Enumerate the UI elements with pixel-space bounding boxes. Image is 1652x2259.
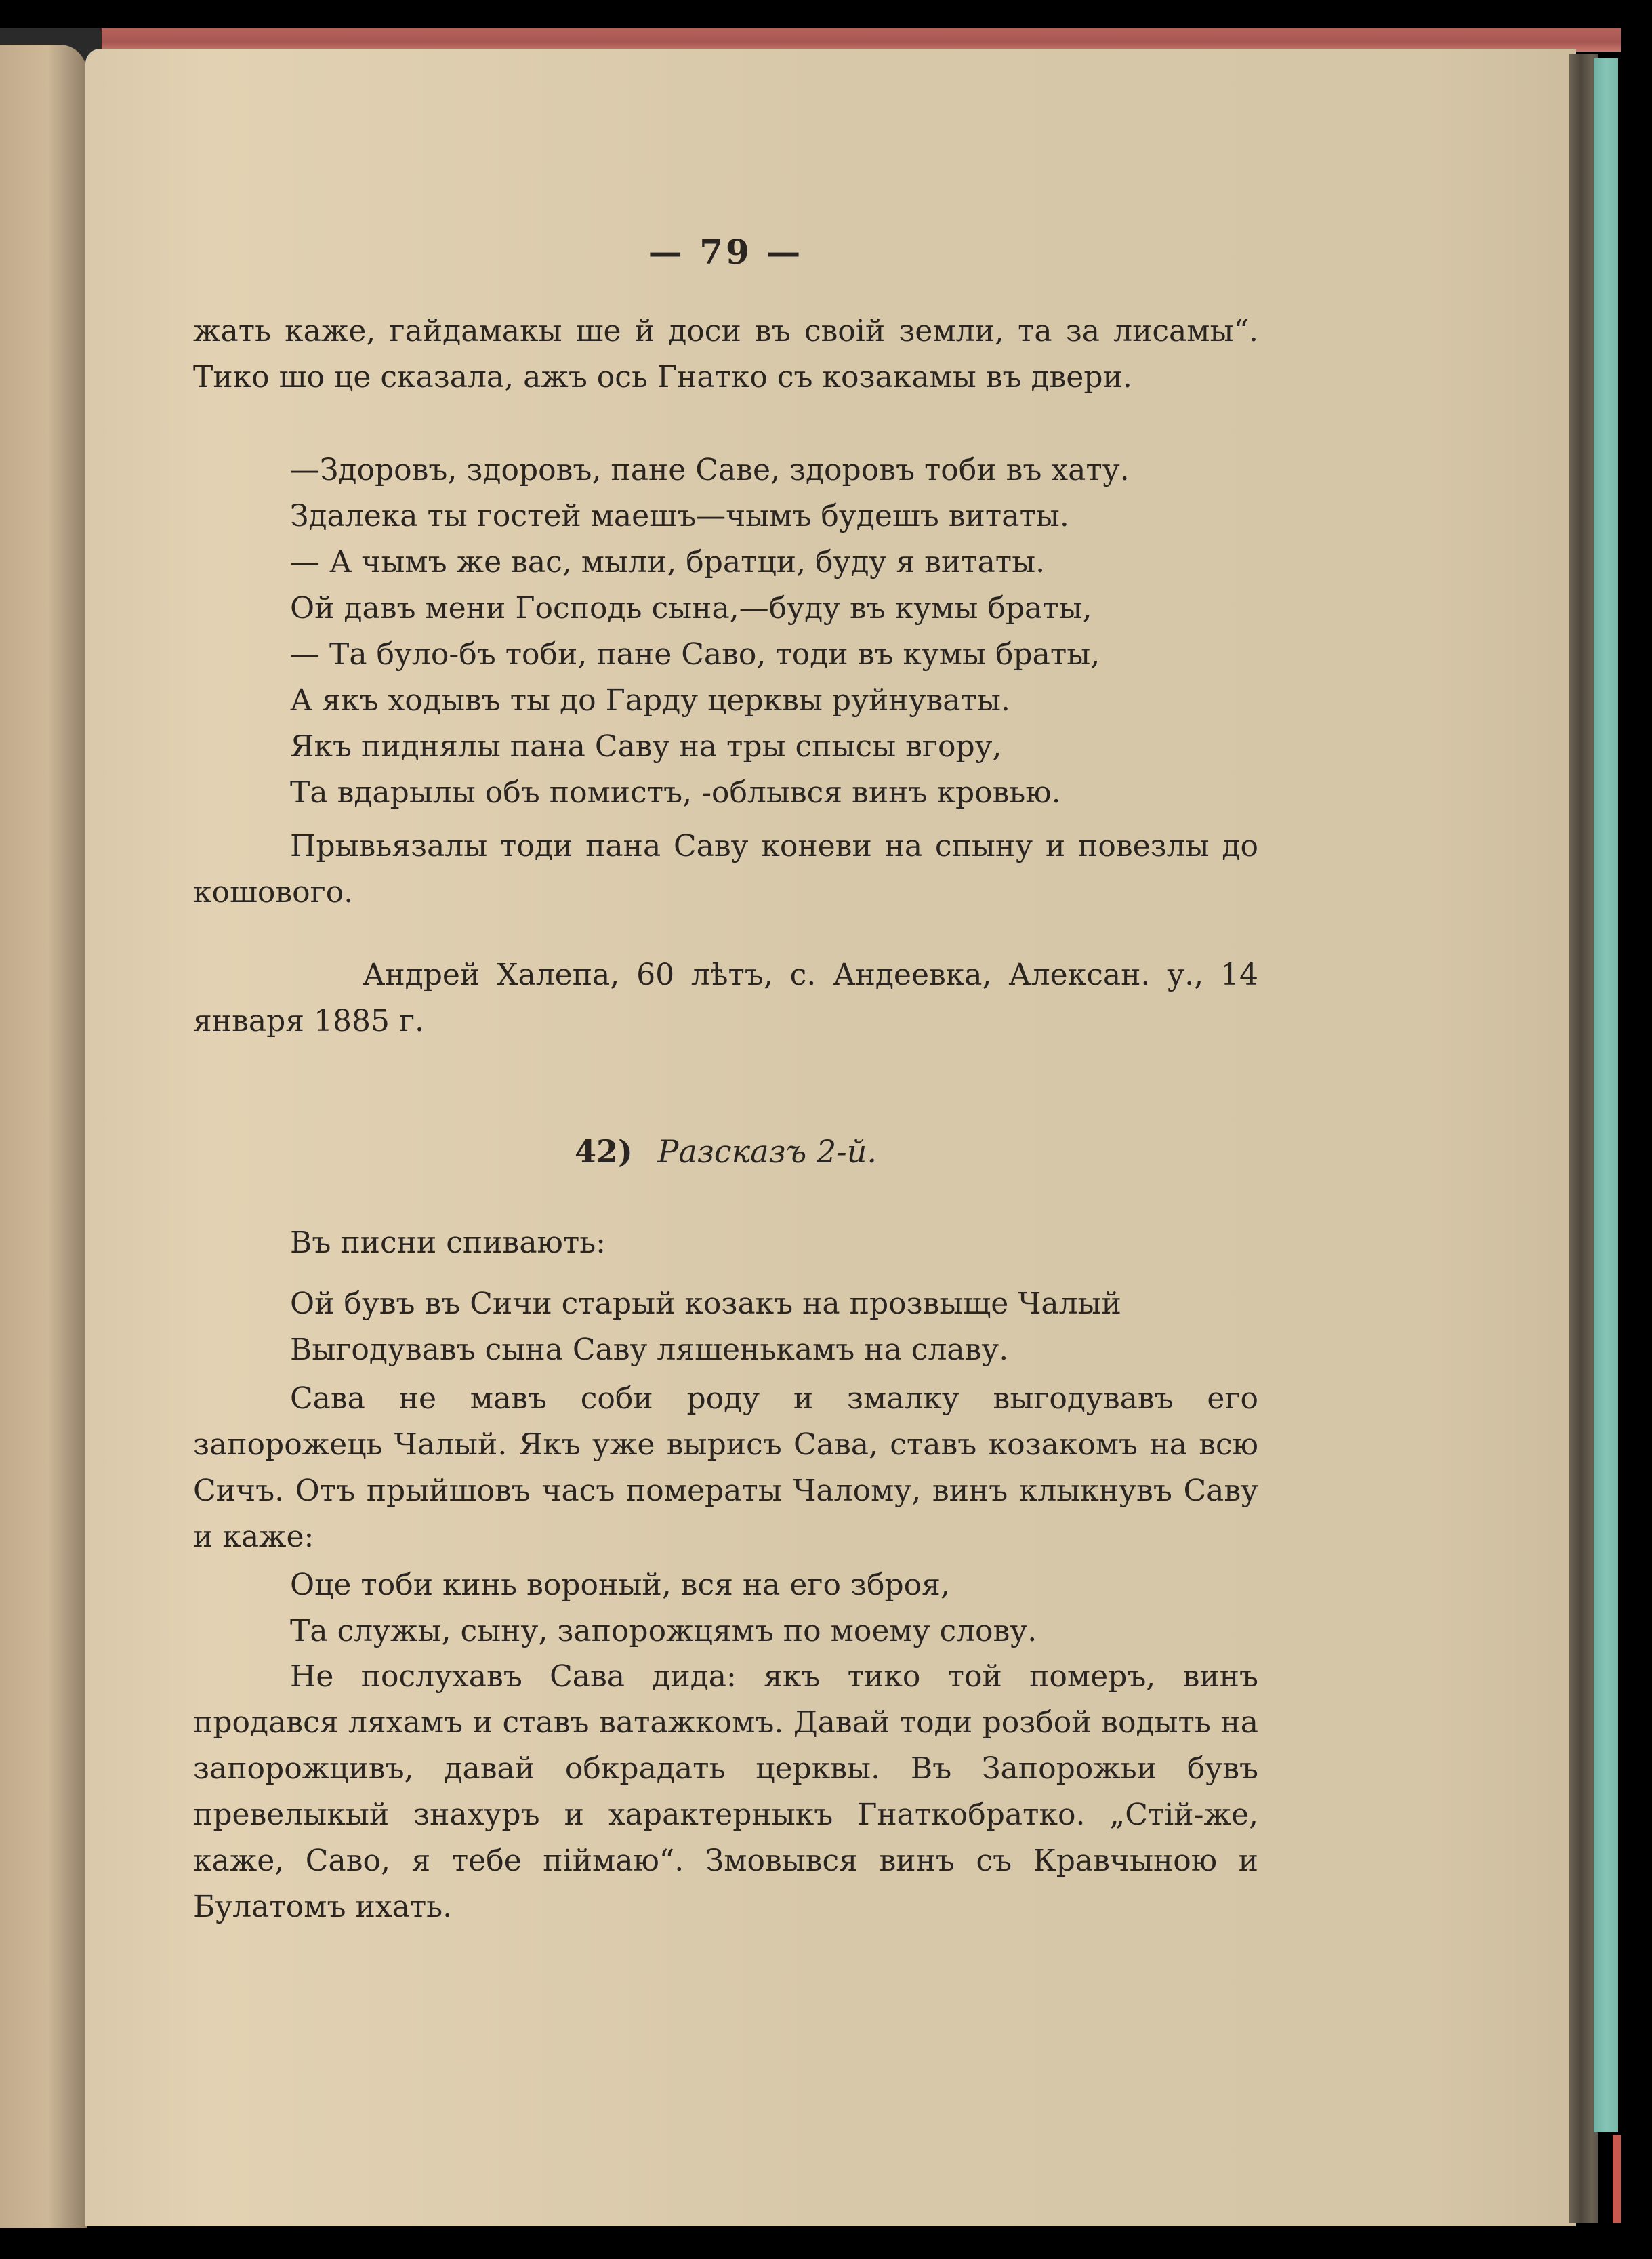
verse-line: —Здоровъ, здоровъ, пане Саве, здоровъ то… bbox=[193, 447, 1258, 493]
verse-line: Якъ пиднялы пана Саву на тры спысы вгору… bbox=[193, 724, 1258, 770]
section-title: Разсказъ 2-й. bbox=[657, 1133, 877, 1170]
facing-page-edge bbox=[0, 45, 87, 2228]
scan-border-top bbox=[0, 0, 1652, 28]
book-cover-teal-edge bbox=[1594, 58, 1618, 2132]
paragraph-block-1: Сава не мавъ соби роду и змалку выгодува… bbox=[193, 1376, 1258, 1560]
verse-line: — Та було-бъ тоби, пане Саво, тоди въ ку… bbox=[193, 632, 1258, 678]
continuation-paragraph: жать каже, гайдамакы ше й доси въ своій … bbox=[193, 308, 1258, 401]
verse-line: Ой бувъ въ Сичи старый козакъ на прозвыщ… bbox=[193, 1281, 1258, 1327]
intro-block: Въ писни спивають: bbox=[193, 1220, 1258, 1266]
verse-line: Выгодувавъ сына Саву ляшенькамъ на славу… bbox=[193, 1327, 1258, 1373]
verse-line: Здалека ты гостей маешъ—чымъ будешъ вита… bbox=[193, 493, 1258, 540]
verse-line: Оце тоби кинь вороный, вся на его зброя, bbox=[193, 1562, 1258, 1608]
signature-block: Андрей Халепа, 60 лѣтъ, с. Андеевка, Але… bbox=[193, 952, 1258, 1044]
closing-block: Прывьязалы тоди пана Саву коневи на спын… bbox=[193, 823, 1258, 916]
section-number: 42) bbox=[575, 1133, 633, 1170]
intro-line: Въ писни спивають: bbox=[193, 1220, 1258, 1266]
verse-block-b1: Ой бувъ въ Сичи старый козакъ на прозвыщ… bbox=[193, 1281, 1258, 1373]
verse-line: Та служы, сыну, запорожцямъ по моему сло… bbox=[193, 1608, 1258, 1654]
closing-paragraph: Прывьязалы тоди пана Саву коневи на спын… bbox=[193, 823, 1258, 916]
book-cover-red-corner bbox=[1613, 2135, 1621, 2223]
section-a: жать каже, гайдамакы ше й доси въ своій … bbox=[193, 308, 1258, 401]
book-cover-top-edge bbox=[102, 28, 1621, 52]
informant-signature: Андрей Халепа, 60 лѣтъ, с. Андеевка, Але… bbox=[193, 952, 1258, 1044]
story-paragraph: Сава не мавъ соби роду и змалку выгодува… bbox=[193, 1376, 1258, 1560]
verse-line: Ой давъ мени Господь сына,—буду въ кумы … bbox=[193, 586, 1258, 632]
page-number: — 79 — bbox=[193, 229, 1258, 275]
verse-line: — А чымъ же вас, мыли, братци, буду я ви… bbox=[193, 540, 1258, 586]
verse-block-b2: Оце тоби кинь вороный, вся на его зброя,… bbox=[193, 1562, 1258, 1654]
story-paragraph: Не послухавъ Сава дида: якъ тико той пом… bbox=[193, 1654, 1258, 1930]
scan-border-bottom bbox=[0, 2228, 1652, 2259]
scan-border-right bbox=[1621, 0, 1652, 2259]
paragraph-block-2: Не послухавъ Сава дида: якъ тико той пом… bbox=[193, 1654, 1258, 1930]
verse-line: А якъ ходывъ ты до Гарду церквы руйнуват… bbox=[193, 678, 1258, 724]
verse-line: Та вдарылы объ помистъ, -облывся винъ кр… bbox=[193, 770, 1258, 816]
verse-block-a: —Здоровъ, здоровъ, пане Саве, здоровъ то… bbox=[193, 447, 1258, 816]
section-heading: 42) Разсказъ 2-й. bbox=[193, 1128, 1258, 1175]
